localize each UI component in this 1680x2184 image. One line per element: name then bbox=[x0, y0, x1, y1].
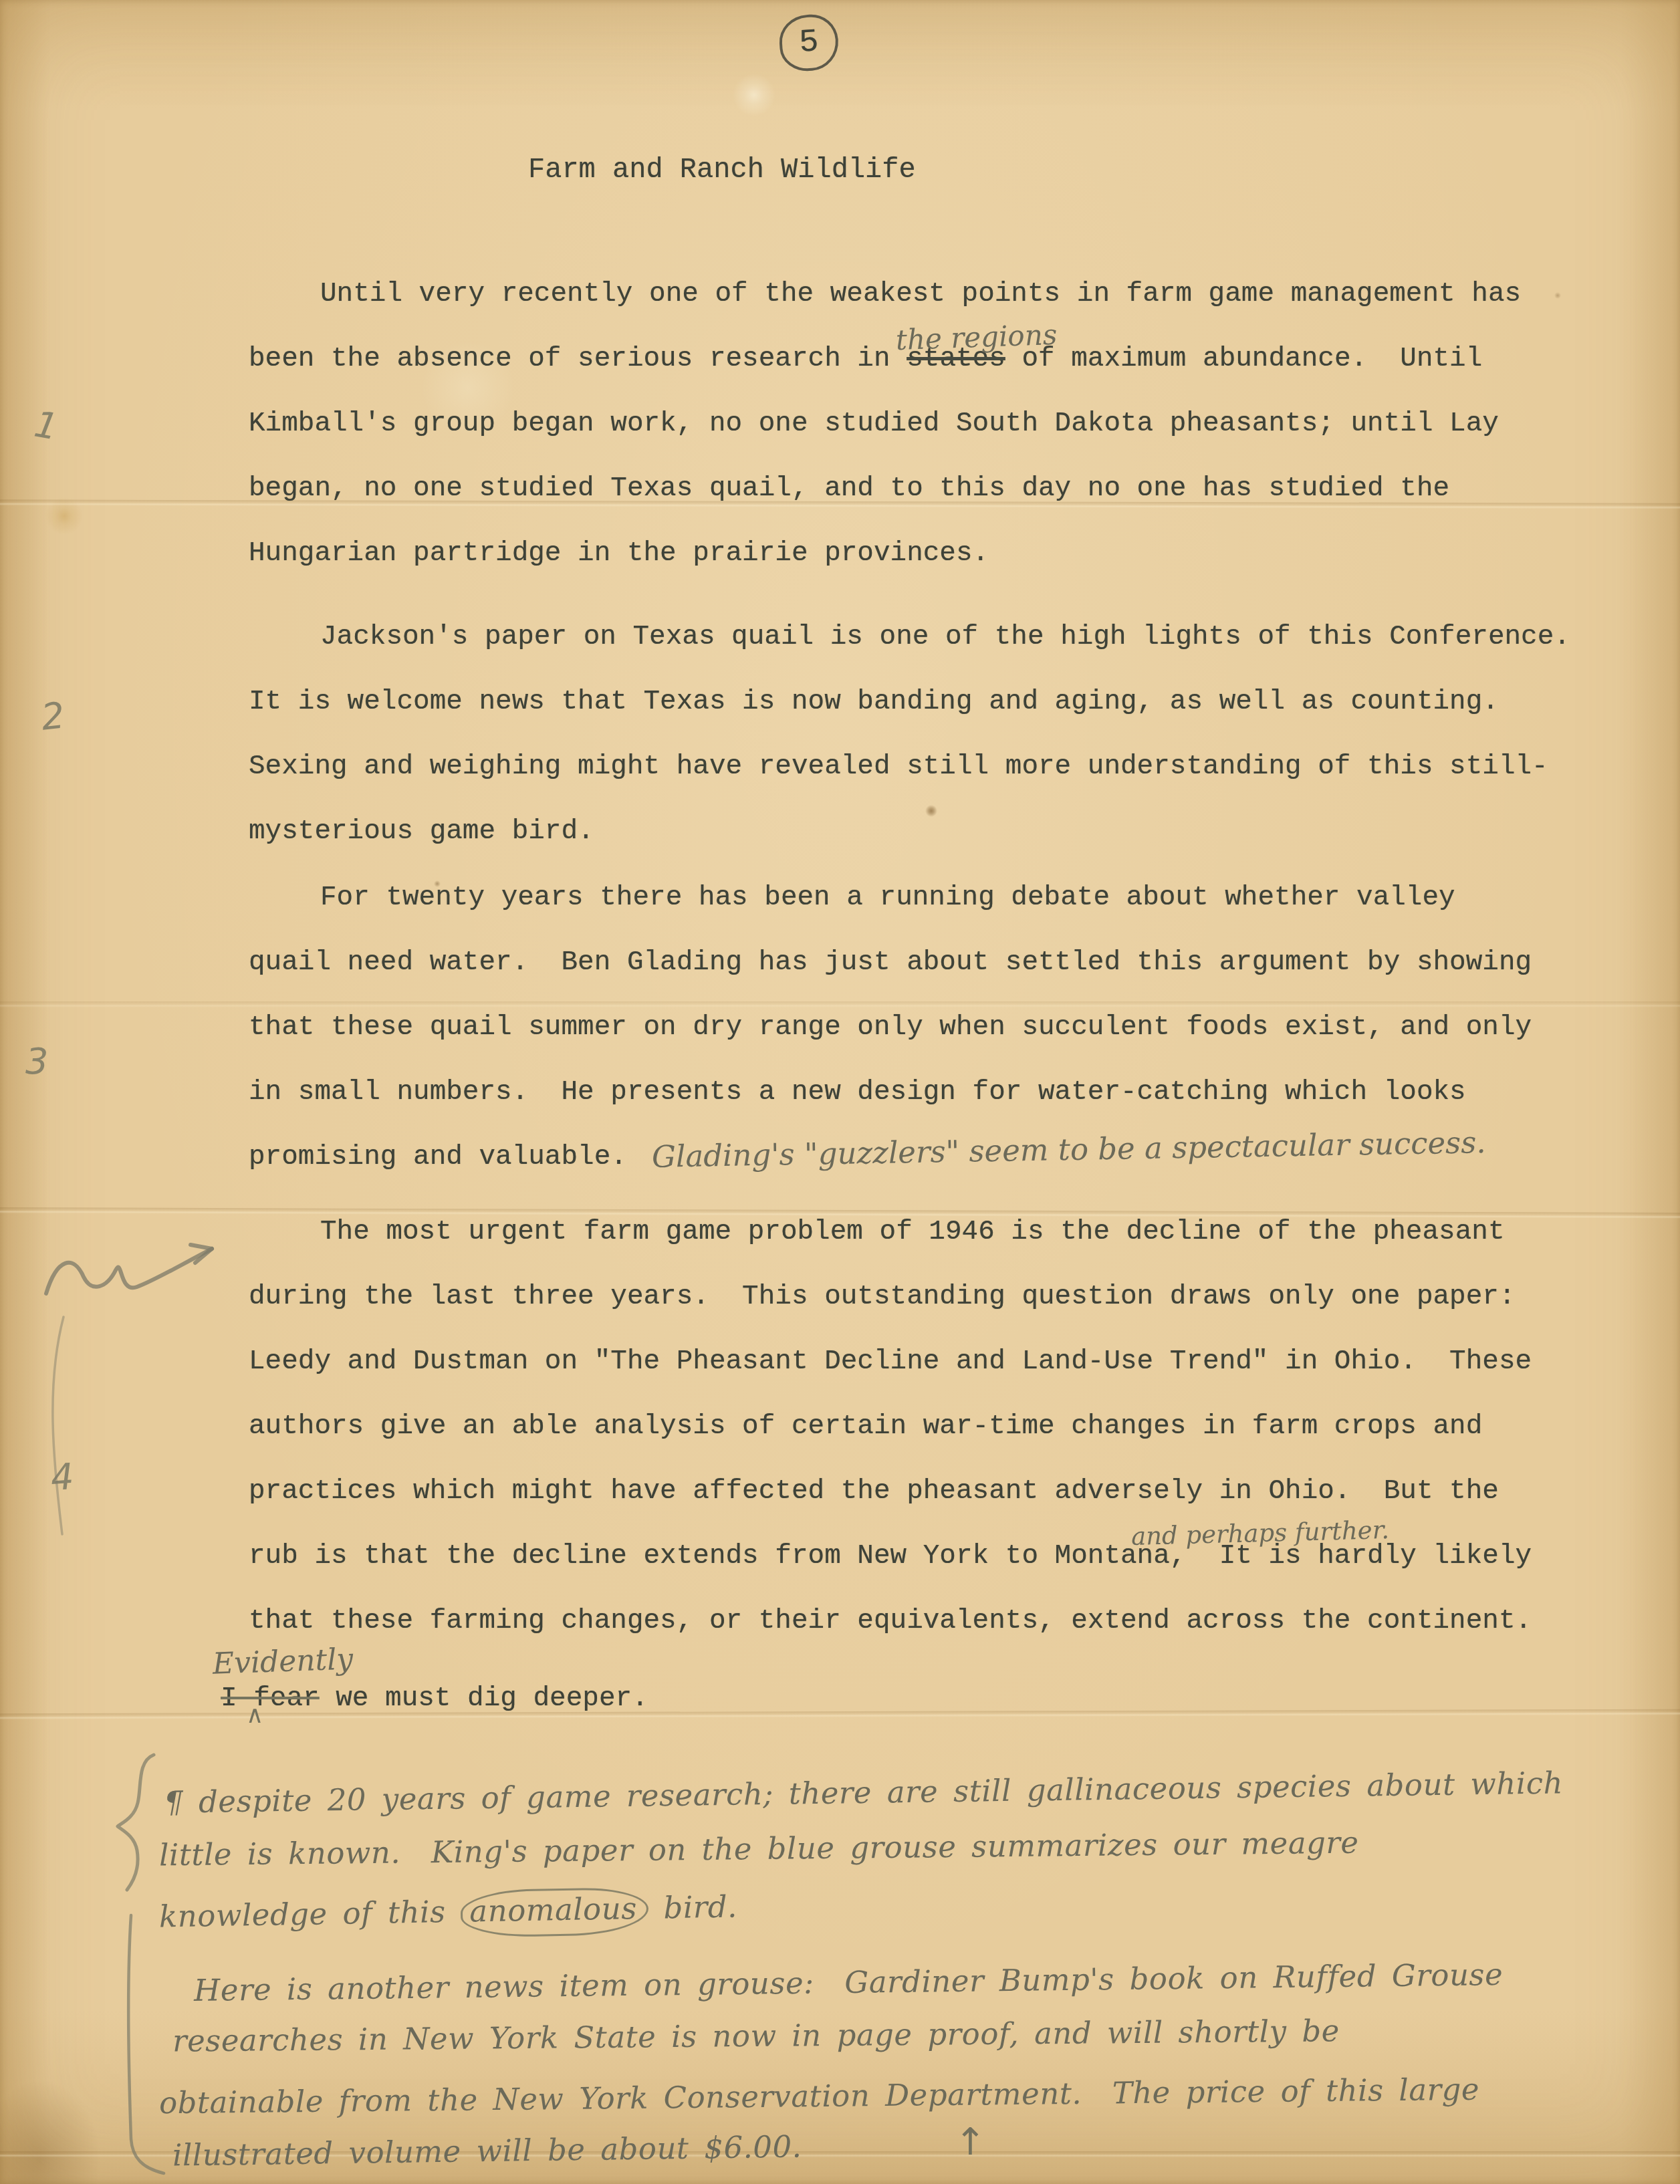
paragraph-2: Jackson's paper on Texas quail is one of… bbox=[249, 605, 1599, 864]
typed-line: It is welcome news that Texas is now ban… bbox=[249, 670, 1599, 735]
up-arrow-mark: ↑ bbox=[955, 2120, 986, 2164]
circled-word: anomalous bbox=[461, 1887, 649, 1938]
page-number-circle: 5 bbox=[777, 13, 840, 73]
typed-line: during the last three years. This outsta… bbox=[249, 1265, 1599, 1330]
handwritten-line: researches in New York State is now in p… bbox=[172, 2011, 1340, 2061]
page-number: 5 bbox=[798, 24, 820, 62]
struck-words: I fear bbox=[221, 1683, 320, 1714]
typed-text: rub is that the decline extends from New… bbox=[249, 1541, 1186, 1572]
typed-line: began, no one studied Texas quail, and t… bbox=[249, 457, 1599, 521]
handwritten-insertion-evidently: Evidently bbox=[212, 1642, 354, 1681]
typed-line: Until very recently one of the weakest p… bbox=[249, 262, 1599, 327]
handwritten-line: obtainable from the New York Conservatio… bbox=[159, 2070, 1480, 2124]
typed-line: authors give an able analysis of certain… bbox=[249, 1394, 1599, 1459]
pencil-arrow-squiggle bbox=[37, 1230, 257, 1551]
typed-line: Jackson's paper on Texas quail is one of… bbox=[249, 605, 1599, 670]
typed-line: that these quail summer on dry range onl… bbox=[249, 995, 1599, 1060]
paragraph-4: The most urgent farm game problem of 194… bbox=[249, 1200, 1599, 1654]
typed-text: we must dig deeper. bbox=[320, 1683, 648, 1714]
typed-line: Leedy and Dustman on "The Pheasant Decli… bbox=[249, 1330, 1599, 1394]
typed-text: of maximum abundance. Until bbox=[1005, 344, 1483, 374]
handwritten-insertion-the-regions: the regions bbox=[895, 318, 1058, 356]
typed-line: rub is that the decline extends from New… bbox=[249, 1524, 1599, 1589]
handwritten-line: illustrated volume will be about $6.00. bbox=[172, 2127, 802, 2175]
typed-line: practices which might have affected the … bbox=[249, 1459, 1599, 1524]
handwritten-text: knowledge of this bbox=[159, 1894, 461, 1935]
typed-text: been the absence of serious research in bbox=[249, 344, 907, 374]
typed-line: Hungarian partridge in the prairie provi… bbox=[249, 521, 1599, 586]
margin-number-2: 2 bbox=[39, 694, 67, 738]
typed-line: quail need water. Ben Glading has just a… bbox=[249, 931, 1599, 995]
handwritten-line: little is known. King's paper on the blu… bbox=[159, 1823, 1359, 1876]
typed-line: Kimball's group began work, no one studi… bbox=[249, 392, 1599, 457]
typed-line: mysterious game bird. bbox=[249, 800, 1599, 864]
typed-line: For twenty years there has been a runnin… bbox=[249, 866, 1599, 931]
margin-number-1: 1 bbox=[31, 402, 62, 448]
typed-line: Sexing and weighing might have revealed … bbox=[249, 735, 1599, 800]
manuscript-page: 5 Farm and Ranch Wildlife Until very rec… bbox=[0, 0, 1680, 2184]
caret-mark: ∧ bbox=[246, 1701, 263, 1729]
typed-line: in small numbers. He presents a new desi… bbox=[249, 1060, 1599, 1125]
page-title: Farm and Ranch Wildlife bbox=[528, 150, 916, 190]
paragraph-1: Until very recently one of the weakest p… bbox=[249, 262, 1599, 586]
margin-number-3: 3 bbox=[25, 1040, 48, 1082]
typed-line: The most urgent farm game problem of 194… bbox=[249, 1200, 1599, 1265]
handwritten-line: Here is another news item on grouse: Gar… bbox=[194, 1955, 1504, 2011]
typed-line: that these farming changes, or their equ… bbox=[249, 1589, 1599, 1654]
handwritten-line: ¶ despite 20 years of game research; the… bbox=[164, 1763, 1564, 1822]
handwritten-line: knowledge of this anomalous bird. bbox=[159, 1887, 738, 1937]
handwritten-text: bird. bbox=[648, 1889, 737, 1925]
